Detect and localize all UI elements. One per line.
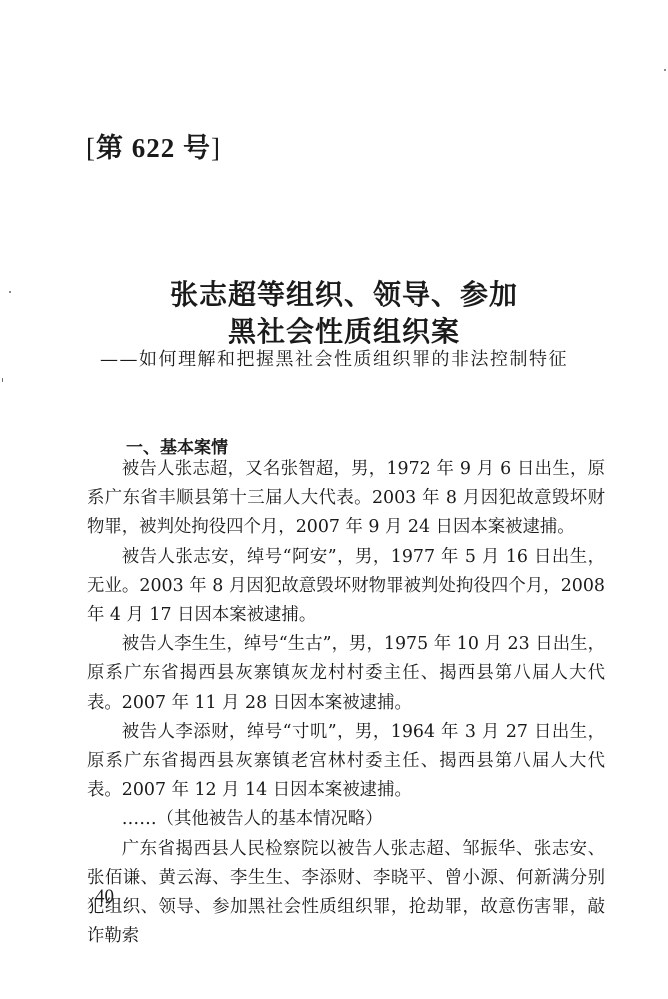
case-title-line-1: 张志超等组织、领导、参加: [10, 273, 668, 313]
case-number-label: 第 622 号: [96, 133, 211, 163]
paragraph-prosecution: 广东省揭西县人民检察院以被告人张志超、邹振华、张志安、张佰谦、黄云海、李生生、李…: [87, 835, 605, 952]
page-number: 40: [95, 886, 114, 908]
case-subtitle: ——如何理解和把握黑社会性质组织罪的非法控制特征: [100, 345, 568, 371]
paragraph-defendant-zhang-zhichao: 被告人张志超，又名张智超，男，1972 年 9 月 6 日出生，原系广东省丰顺县…: [87, 455, 605, 543]
body-text: 被告人张志超，又名张智超，男，1972 年 9 月 6 日出生，原系广东省丰顺县…: [87, 455, 605, 951]
scan-speck: [664, 69, 666, 71]
paragraph-defendant-li-tiancai: 被告人李添财，绰号“寸叽”，男，1964 年 3 月 27 日出生，原系广东省揭…: [87, 718, 605, 806]
paragraph-defendant-li-shengsheng: 被告人李生生，绰号“生古”，男，1975 年 10 月 23 日出生，原系广东省…: [87, 630, 605, 718]
case-title-line-2: 黑社会性质组织案: [10, 310, 668, 350]
close-bracket: ]: [211, 133, 221, 163]
open-bracket: [: [86, 133, 96, 163]
scan-speck: [9, 291, 11, 293]
paragraph-defendant-zhang-zhian: 被告人张志安，绰号“阿安”，男，1977 年 5 月 16 日出生，无业。200…: [87, 543, 605, 631]
scan-speck: [2, 378, 3, 382]
scan-speck: [455, 910, 457, 912]
paragraph-others-omitted: ……（其他被告人的基本情况略）: [87, 805, 605, 834]
case-number: [第 622 号]: [86, 126, 221, 165]
